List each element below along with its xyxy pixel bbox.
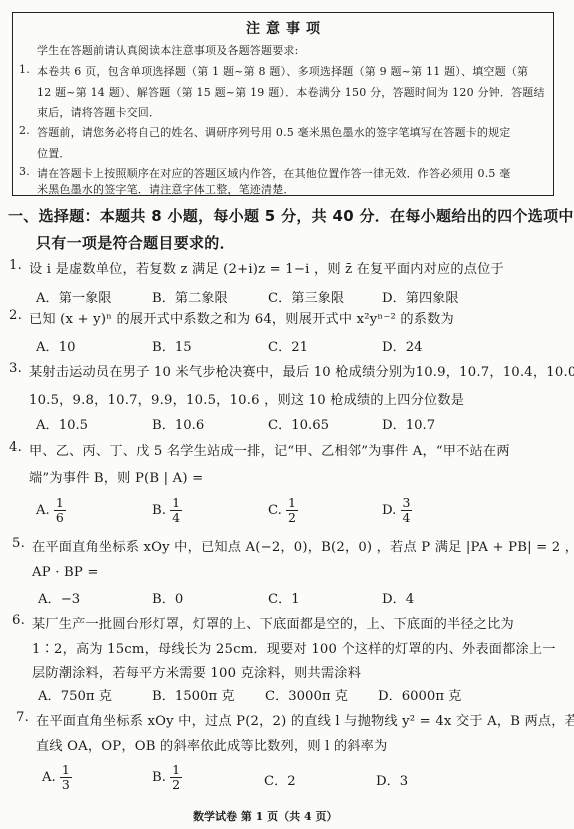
question-text: 端”为事件 B，则 P(B | A) = <box>29 467 203 486</box>
option-d: D．3 <box>376 770 408 789</box>
option-b: B．1500π 克 <box>152 685 235 704</box>
question-text: 在平面直角坐标系 xOy 中，已知点 A(−2，0)，B(2，0) ，若点 P … <box>32 536 574 555</box>
question-number: 6. <box>12 613 25 628</box>
question-text: 某射击运动员在男子 10 米气步枪决赛中，最后 10 枪成绩分别为10.9，10… <box>29 361 574 380</box>
option-b: B．10.6 <box>152 414 204 433</box>
option-d: D．第四象限 <box>382 287 459 306</box>
option-c: C. 12 <box>268 496 298 525</box>
question-number: 5. <box>12 536 25 551</box>
option-c: C．21 <box>268 336 308 355</box>
option-b: B．15 <box>152 336 192 355</box>
option-b: B. 14 <box>152 496 182 525</box>
option-c: C．1 <box>268 588 300 607</box>
option-b: B．第二象限 <box>152 287 228 306</box>
option-a: A．10.5 <box>36 414 88 433</box>
question-text: 甲、乙、丙、丁、戊 5 名学生站成一排，记“甲、乙相邻”为事件 A，“甲不站在两 <box>29 440 510 459</box>
question-text: 层防潮涂料，若每平方米需要 100 克涂料，则共需涂料 <box>32 662 361 681</box>
notice-item-num: 1. <box>19 63 30 76</box>
question-number: 4. <box>9 440 22 455</box>
page-footer: 数学试卷 第 1 页（共 4 页） <box>193 808 337 824</box>
option-d: D．6000π 克 <box>378 685 461 704</box>
option-a: A．750π 克 <box>38 685 112 704</box>
question-text: 1∶2，高为 15cm，母线长为 25cm．现要对 100 个这样的灯罩的内、外… <box>32 638 556 657</box>
section-heading-line1: 一、选择题：本题共 8 小题，每小题 5 分，共 40 分．在每小题给出的四个选… <box>8 205 574 226</box>
notice-item-line: 12 题~第 14 题）、解答题（第 15 题~第 19 题）．本卷满分 150… <box>37 84 545 100</box>
notice-item-line: 米黑色墨水的签字笔．请注意字体工整，笔迹清楚． <box>37 181 295 197</box>
option-d: D. 34 <box>382 496 412 525</box>
notice-item-num: 3. <box>19 165 30 178</box>
option-a: A．10 <box>36 336 76 355</box>
notice-item-line: 请在答题卡上按照顺序在对应的答题区域内作答，在其他位置作答一律无效．作答必须用 … <box>37 165 510 181</box>
notice-item-line: 本卷共 6 页，包含单项选择题（第 1 题~第 8 题）、多项选择题（第 9 题… <box>37 63 528 79</box>
notice-item-line: 答题前，请您务必将自己的姓名、调研序列号用 0.5 毫米黑色墨水的签字笔填写在答… <box>37 124 510 140</box>
option-c: C．第三象限 <box>268 287 344 306</box>
question-number: 1. <box>9 258 22 273</box>
option-c: C．3000π 克 <box>265 685 348 704</box>
option-a: A．第一象限 <box>36 287 111 306</box>
notice-title: 注意事项 <box>246 18 326 38</box>
notice-intro: 学生在答题前请认真阅读本注意事项及各题答题要求: <box>37 42 299 58</box>
question-number: 3. <box>9 361 22 376</box>
question-text: 在平面直角坐标系 xOy 中，过点 P(2，2) 的直线 l 与抛物线 y² =… <box>36 710 574 729</box>
question-number: 2. <box>9 308 22 323</box>
option-a: A．−3 <box>38 588 80 607</box>
question-text: 某厂生产一批圆台形灯罩，灯罩的上、下底面都是空的，上、下底面的半径之比为 <box>32 613 514 632</box>
question-text: 直线 OA，OP，OB 的斜率依此成等比数列，则 l 的斜率为 <box>36 735 387 754</box>
option-d: D．24 <box>382 336 423 355</box>
option-b: B. 12 <box>152 763 182 792</box>
notice-item-num: 2. <box>19 124 30 137</box>
option-c: C．10.65 <box>268 414 329 433</box>
notice-item-line: 位置． <box>37 145 71 161</box>
option-b: B．0 <box>152 588 183 607</box>
question-number: 7. <box>16 710 29 725</box>
option-c: C．2 <box>264 770 296 789</box>
section-heading-line2: 只有一项是符合题目要求的． <box>36 232 235 253</box>
option-a: A. 13 <box>42 763 72 792</box>
notice-item-line: 束后，请将答题卡交回． <box>37 104 160 120</box>
option-d: D．4 <box>382 588 414 607</box>
question-text: 10.5，9.8，10.7，9.9，10.5，10.6 ，则这 10 枪成绩的上… <box>29 389 464 408</box>
question-text: 已知 (x + y)ⁿ 的展开式中系数之和为 64，则展开式中 x²yⁿ⁻² 的… <box>29 308 454 327</box>
option-d: D．10.7 <box>382 414 435 433</box>
option-a: A. 16 <box>36 496 66 525</box>
question-text: AP · BP = <box>32 565 99 580</box>
question-text: 设 i 是虚数单位，若复数 z 满足 (2+i)z = 1−i ，则 z̄ 在复… <box>29 258 504 277</box>
